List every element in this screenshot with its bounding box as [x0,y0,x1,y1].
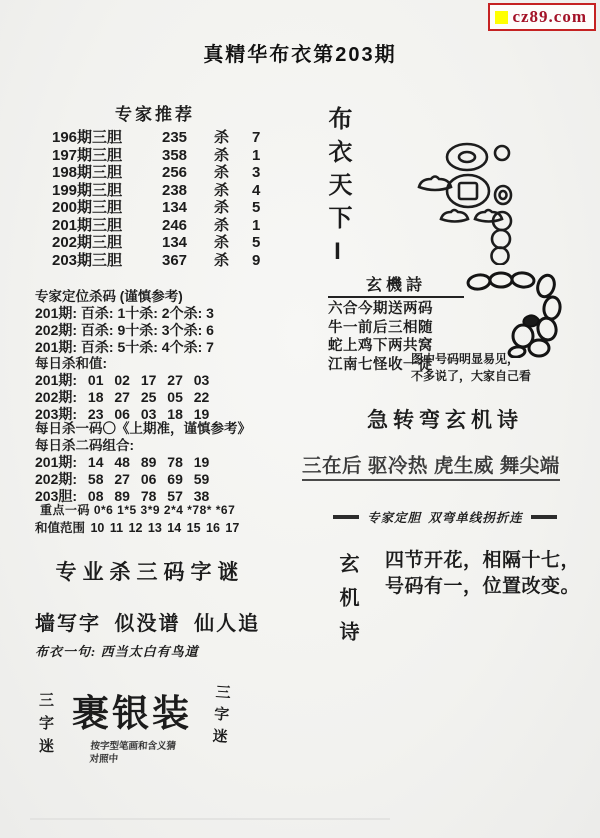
page-title: 真精华布衣第203期 [0,38,600,67]
daily-two-code-rows: 201期: 14 48 89 78 19202期: 58 27 06 69 59… [35,454,285,505]
xuanjishi-vertical-label: 玄机诗 [333,553,362,655]
expert-row: 196期三胆 235 杀 7 [30,129,280,147]
buyi-sentence: 布衣一句: 西当太白有鸟道 [35,641,285,660]
three-char-riddle-label-right: 三字迷 [208,683,234,750]
sharp-turn-poem-line: 三在后 驱冷热 虎生威 舞尖端 [302,450,584,478]
position-kill-heading: 专家定位杀码 (谨慎参考) [35,285,285,305]
expert-row: 201期三胆 246 杀 1 [30,217,280,235]
daily-two-code-row: 202期: 58 27 06 69 59 [35,471,285,488]
expert-row: 198期三胆 256 杀 3 [30,164,280,182]
expert-recommend-table: 196期三胆 235 杀 7 197期三胆 358 杀 1 198期三胆 256… [30,129,280,269]
site-url: cz89.com [512,7,587,27]
xuanji-poem-line: 六合今期送两码 [328,300,464,319]
xuanjishi-text: 四节开花，相隔十七， 号码有一，位置改变。 [385,548,585,600]
number-seven-coins-illustration [465,266,570,358]
position-kill-row: 201期: 百杀: 1十杀: 2个杀: 3 [35,305,285,322]
picture-caption: 图中号码明显易见， 不多说了，大家自己看 [411,351,581,385]
xuanji-poem-heading: 玄機詩 [328,272,464,298]
position-kill-rows: 201期: 百杀: 1十杀: 2个杀: 3202期: 百杀: 9十杀: 3个杀:… [35,305,285,356]
expert-row: 199期三胆 238 杀 4 [30,182,280,200]
expert-recommend-section: 专家推荐 196期三胆 235 杀 7 197期三胆 358 杀 1 198期三… [30,100,280,269]
daily-kill-sum-section: 每日杀和值: 201期: 01 02 17 27 03202期: 18 27 2… [35,352,285,423]
xuanji-poem-line: 牛一前后三相随 [328,319,464,338]
dash-left-icon [333,515,359,519]
expert-row: 200期三胆 134 杀 5 [30,199,280,217]
daily-two-code-section: 每日杀二码组合: 201期: 14 48 89 78 19202期: 58 27… [35,434,285,505]
daily-kill-sum-row: 202期: 18 27 25 05 22 [35,389,285,406]
yellow-square-icon [495,11,508,24]
riddle-line: 墙写字 似没谱 仙人追 [35,607,285,636]
three-char-riddle-answer: 裹银装 [72,683,192,737]
daily-two-code-row: 201期: 14 48 89 78 19 [35,454,285,471]
position-kill-row: 202期: 百杀: 9十杀: 3个杀: 6 [35,322,285,339]
sharp-turn-poem-heading: 急转弯玄机诗 [300,404,590,434]
scan-artifact-line [30,818,390,820]
expert-dan-subline: 专家定胆 双弯单线拐折连 [300,508,590,526]
daily-two-code-heading: 每日杀二码组合: [35,434,285,454]
key-code-line: 重点一码 0*6 1*5 3*9 2*4 *78* *67 [40,501,290,518]
site-watermark: cz89.com [488,3,596,31]
dash-right-icon [531,515,557,519]
gold-coins-illustration [405,135,520,265]
daily-kill-sum-rows: 201期: 01 02 17 27 03202期: 18 27 25 05 22… [35,372,285,423]
daily-kill-sum-heading: 每日杀和值: [35,352,285,372]
expert-row: 197期三胆 358 杀 1 [30,147,280,165]
position-kill-section: 专家定位杀码 (谨慎参考) 201期: 百杀: 1十杀: 2个杀: 3202期:… [35,285,285,356]
expert-row: 203期三胆 367 杀 9 [30,252,280,270]
expert-row: 202期三胆 134 杀 5 [30,234,280,252]
daily-kill-sum-row: 201期: 01 02 17 27 03 [35,372,285,389]
riddle-heading: 专业杀三码字谜 [20,556,280,586]
three-char-riddle-label-left: 三字迷 [35,692,56,761]
expert-recommend-heading: 专家推荐 [30,100,280,125]
buyi-tianxia-banner: 布衣天下I [320,106,355,274]
three-char-riddle-note: 按字型笔画和含义猜 对照中 [89,740,211,766]
sum-range-line: 和值范围 10 11 12 13 14 15 16 17 [35,518,285,536]
